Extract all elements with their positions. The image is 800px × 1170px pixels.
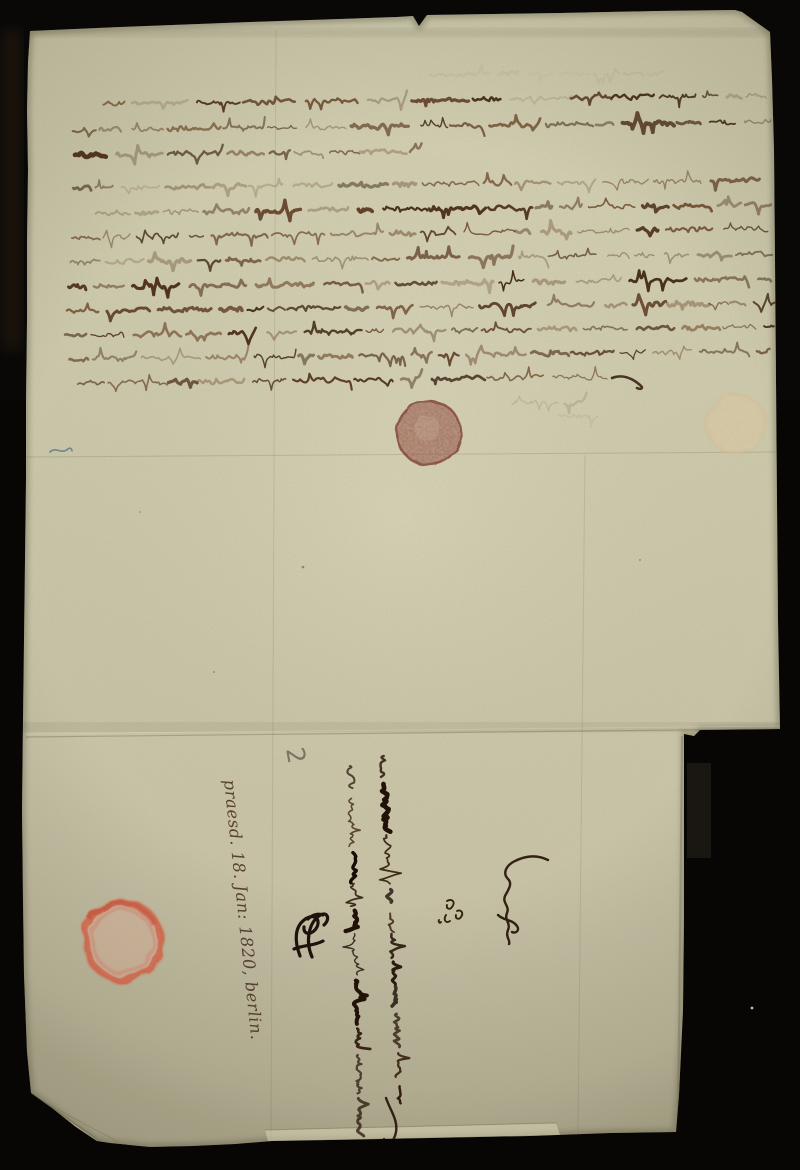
wax-seal-dark-red bbox=[396, 400, 462, 466]
background-dark-patch bbox=[687, 763, 711, 858]
dust-speck bbox=[139, 511, 141, 513]
wax-seal-red-ring bbox=[81, 899, 165, 983]
wax-seal-faded-tan bbox=[706, 394, 766, 454]
dust-speck-light bbox=[751, 1007, 754, 1010]
seal-mottle bbox=[85, 903, 161, 979]
ink-stroke bbox=[345, 307, 367, 311]
ink-stroke bbox=[358, 209, 372, 212]
manuscript-scan: 2 praesd. 18. Jan: 1820, berlin. bbox=[0, 0, 800, 1170]
scan-viewport: 2 praesd. 18. Jan: 1820, berlin. bbox=[0, 0, 800, 1170]
dust-speck bbox=[639, 559, 641, 561]
dust-speck bbox=[213, 671, 215, 673]
seal-center-pale bbox=[414, 415, 440, 441]
binding-edge-smudge bbox=[2, 30, 22, 350]
dust-speck bbox=[302, 566, 305, 569]
top-edge-shadow bbox=[26, 28, 774, 37]
